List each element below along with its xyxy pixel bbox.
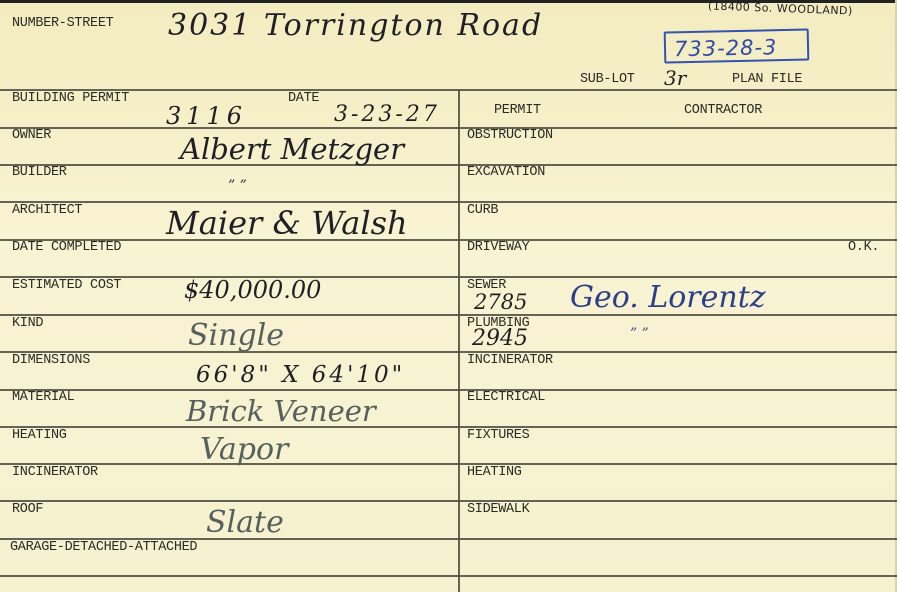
roof-value: Slate xyxy=(206,505,284,540)
roof-label: ROOF xyxy=(12,502,43,517)
driveway-label: DRIVEWAY xyxy=(467,240,529,255)
driveway-note: O.K. xyxy=(848,240,879,255)
material-label: MATERIAL xyxy=(12,390,74,405)
dimensions-value: 66'8" X 64'10" xyxy=(196,362,405,388)
estimated-cost-value: $40,000.00 xyxy=(184,276,321,304)
architect-label: ARCHITECT xyxy=(12,203,82,218)
rule xyxy=(0,201,897,203)
heating-value: Vapor xyxy=(200,432,288,467)
obstruction-label: OBSTRUCTION xyxy=(467,128,553,143)
architect-value: Maier & Walsh xyxy=(166,204,408,242)
garage-label: GARAGE-DETACHED-ATTACHED xyxy=(10,540,197,555)
rule xyxy=(0,500,897,502)
rule xyxy=(0,351,897,353)
fixtures-label: FIXTURES xyxy=(467,428,529,443)
builder-value: ” ” xyxy=(228,178,247,194)
sub-lot-value: 3r xyxy=(664,66,686,90)
kind-value: Single xyxy=(188,318,284,353)
column-divider xyxy=(458,90,460,592)
sewer-permit-number: 2785 xyxy=(474,290,527,314)
heating-label: HEATING xyxy=(12,428,67,443)
rule-top xyxy=(0,89,897,91)
curb-label: CURB xyxy=(467,203,498,218)
building-permit-card: NUMBER-STREET 3031 Torrington Road (1840… xyxy=(0,0,897,592)
building-permit-number: 3116 xyxy=(166,102,247,130)
rule xyxy=(0,276,897,278)
material-value: Brick Veneer xyxy=(186,394,376,428)
file-number-stamp: 733-28-3 xyxy=(664,28,810,63)
incinerator-label: INCINERATOR xyxy=(12,465,98,480)
plumbing-permit-number: 2945 xyxy=(472,326,528,351)
building-permit-label: BUILDING PERMIT xyxy=(12,91,129,106)
builder-label: BUILDER xyxy=(12,165,67,180)
rule-bottom xyxy=(0,575,897,577)
incinerator-permit-label: INCINERATOR xyxy=(467,353,553,368)
plan-file-label: PLAN FILE xyxy=(732,72,802,87)
kind-label: KIND xyxy=(12,316,43,331)
rule xyxy=(0,389,897,391)
sub-lot-label: SUB-LOT xyxy=(580,72,635,87)
date-completed-label: DATE COMPLETED xyxy=(12,240,121,255)
permit-date: 3-23-27 xyxy=(334,102,440,127)
excavation-label: EXCAVATION xyxy=(467,165,545,180)
rule xyxy=(0,426,897,428)
dimensions-label: DIMENSIONS xyxy=(12,353,90,368)
rule xyxy=(0,463,897,465)
rule xyxy=(0,239,897,241)
estimated-cost-label: ESTIMATED COST xyxy=(12,278,121,293)
electrical-label: ELECTRICAL xyxy=(467,390,545,405)
number-street-label: NUMBER-STREET xyxy=(12,16,113,31)
contractor-column-header: CONTRACTOR xyxy=(684,103,762,118)
rule xyxy=(0,127,897,129)
sidewalk-label: SIDEWALK xyxy=(467,502,529,517)
owner-label: OWNER xyxy=(12,128,51,143)
date-label: DATE xyxy=(288,91,319,106)
heating-permit-label: HEATING xyxy=(467,465,522,480)
rule xyxy=(0,164,897,166)
sewer-contractor: Geo. Lorentz xyxy=(570,280,766,315)
number-street-value: 3031 Torrington Road xyxy=(168,8,543,43)
plumbing-contractor: ” ” xyxy=(630,326,649,342)
permit-column-header: PERMIT xyxy=(494,103,541,118)
owner-value: Albert Metzger xyxy=(180,132,404,166)
